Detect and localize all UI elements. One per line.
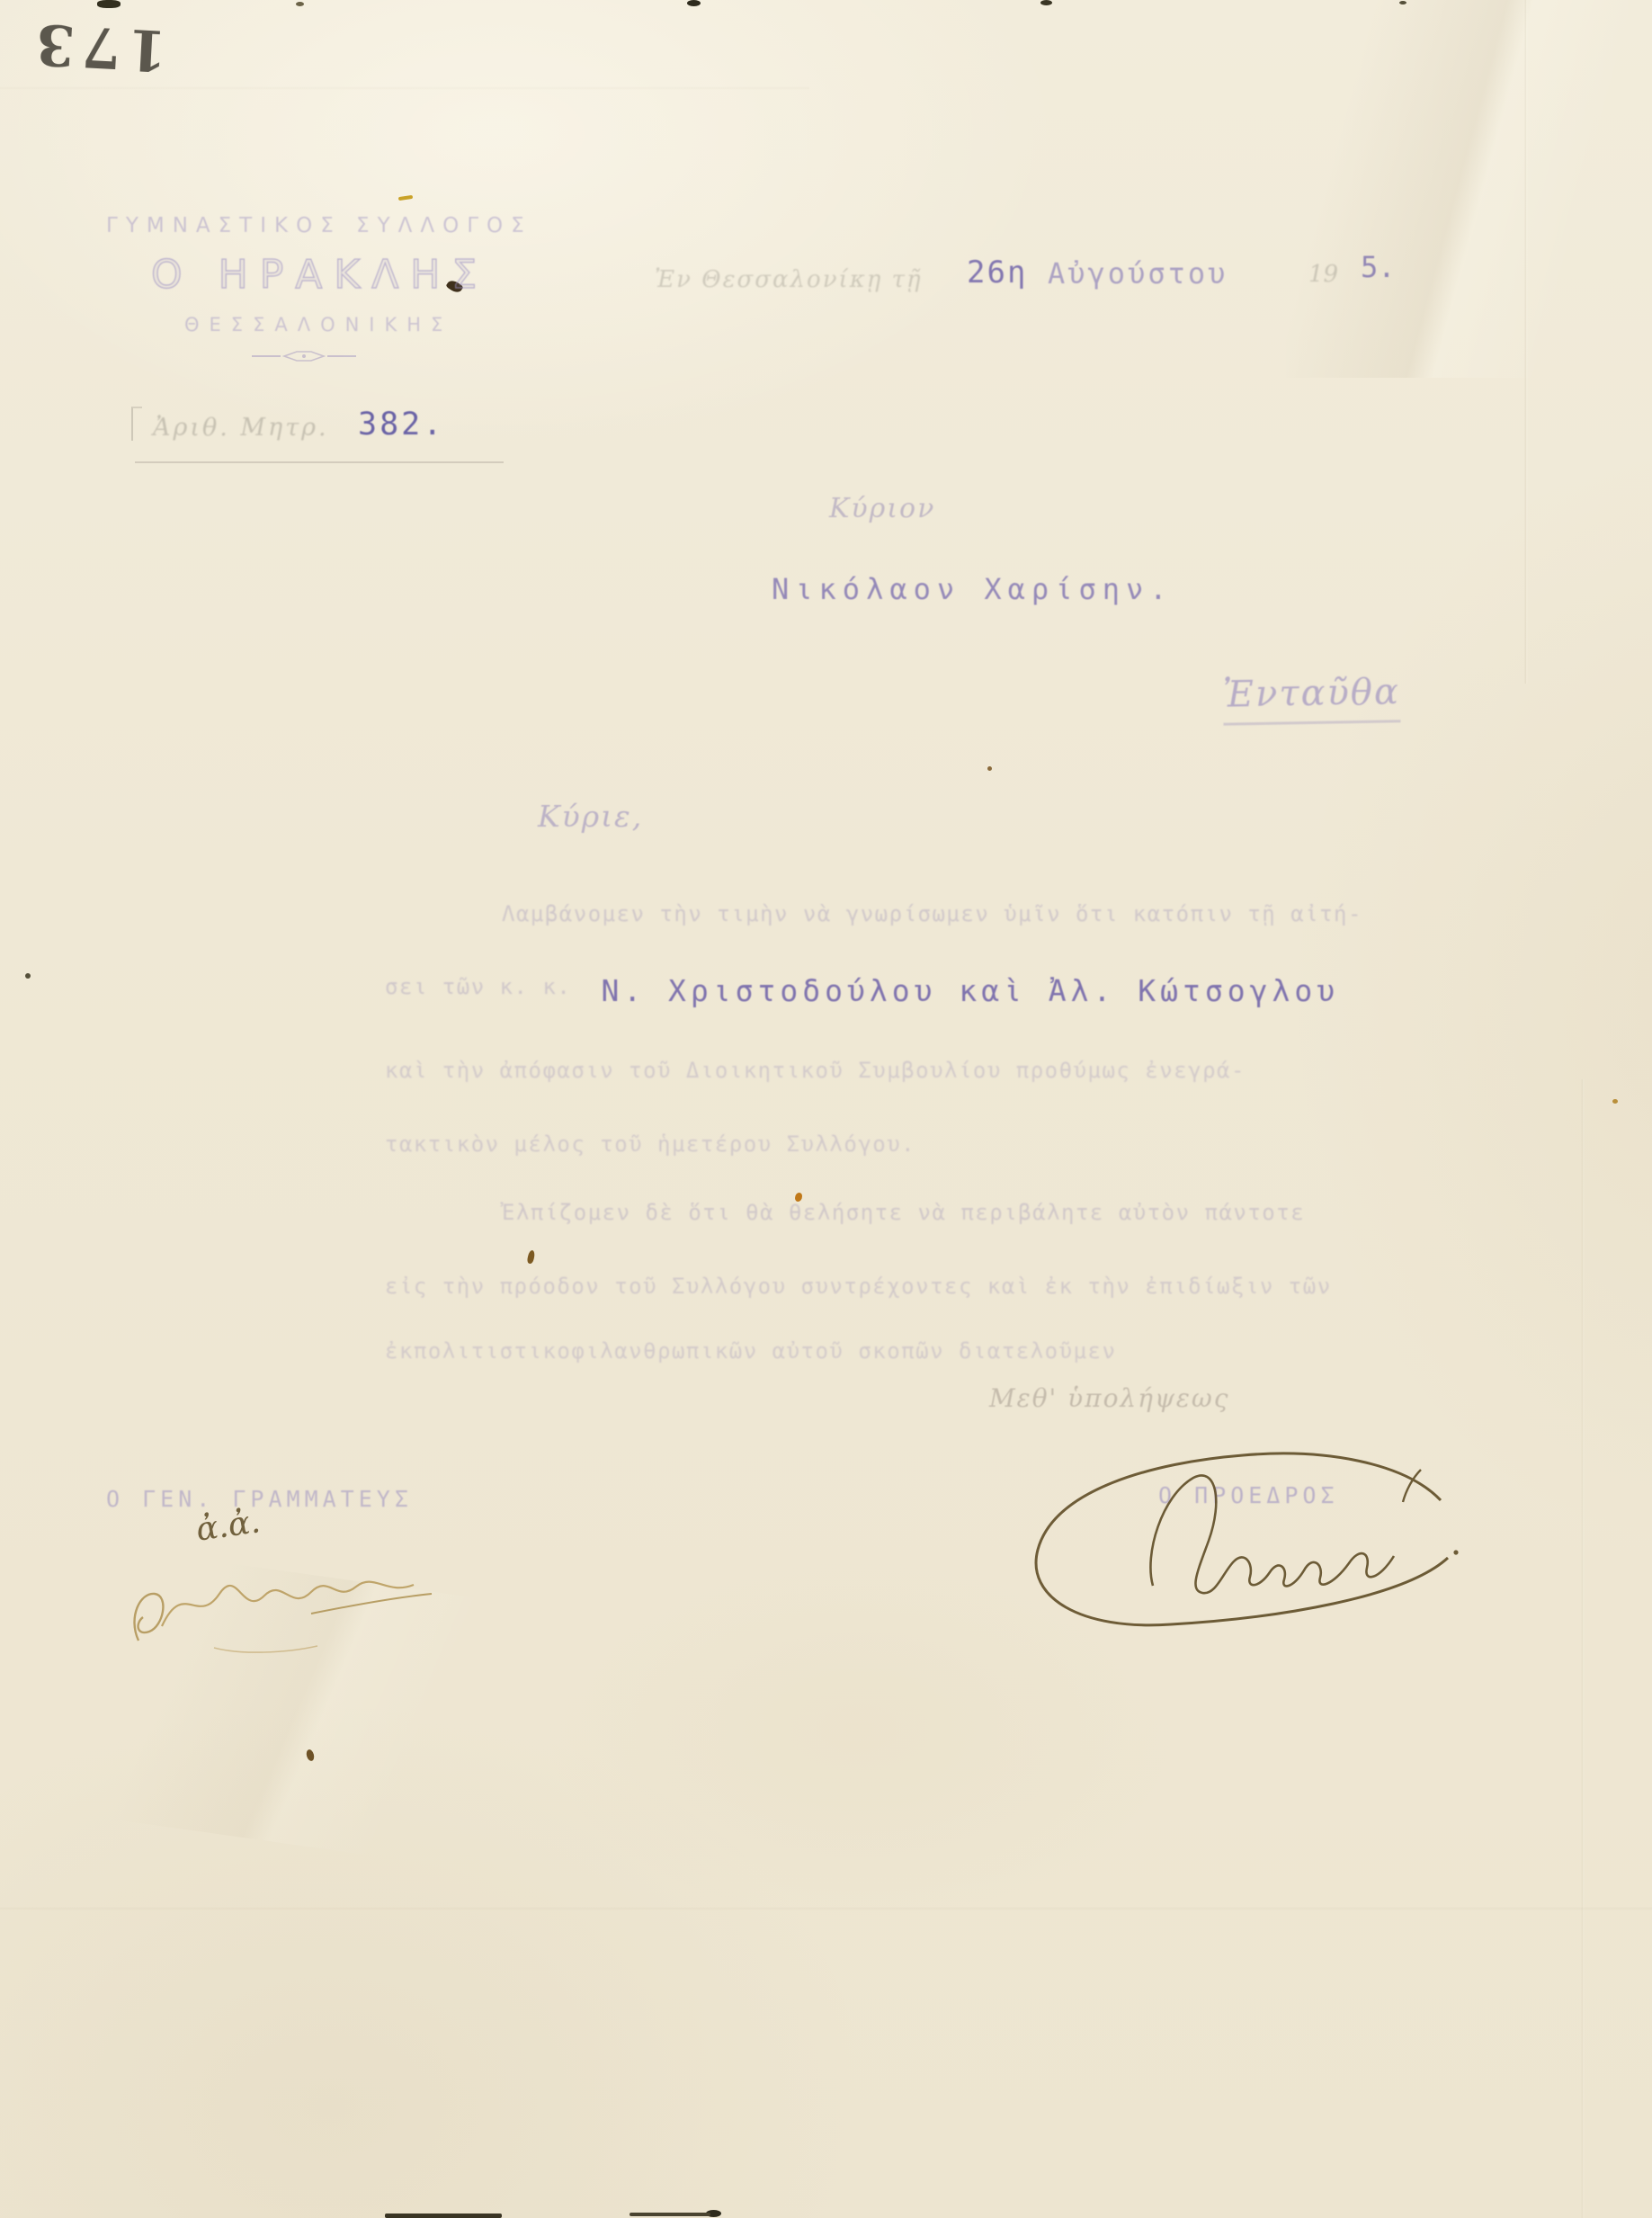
letterhead-club-type: ΓΥΜΝΑΣΤΙΚΟΣ ΣΥΛΛΟΓΟΣ xyxy=(106,214,532,237)
body-line-1: Λαμβάνομεν τὴν τιμὴν νὰ γνωρίσωμεν ὑμῖν … xyxy=(502,901,1362,926)
letter-scan: 173 ΓΥΜΝΑΣΤΙΚΟΣ ΣΥΛΛΟΓΟΣ Ο ΗΡΑΚΛΗΣ ΘΕΣΣΑ… xyxy=(0,0,1652,2218)
secretary-signature xyxy=(106,1540,448,1666)
ink-speck xyxy=(1399,1,1406,4)
ink-speck xyxy=(25,973,31,979)
recipient-title: Κύριον xyxy=(829,493,935,524)
protocol-number: 382. xyxy=(358,407,444,443)
dateline-place: Ἐν Θεσσαλονίκῃ τῇ xyxy=(655,266,923,293)
protocol-rule xyxy=(135,461,504,463)
paper-crease xyxy=(0,1907,1652,1910)
member-names: Ν. Χριστοδούλου καὶ Ἀλ. Κώτσογλου xyxy=(601,973,1339,1008)
recipient-name: Νικόλαον Χαρίσην. xyxy=(772,572,1174,606)
body-line-5: Ἐλπίζομεν δὲ ὅτι θὰ θελήσητε νὰ περιβάλη… xyxy=(502,1200,1305,1225)
ink-speck xyxy=(1612,1099,1618,1104)
dateline-month: Αὐγούστου xyxy=(1048,256,1228,291)
protocol-bracket xyxy=(131,407,142,441)
ink-speck xyxy=(687,0,701,6)
ink-speck xyxy=(385,2214,502,2218)
body-line-6: εἰς τὴν πρόοδον τοῦ Συλλόγου συντρέχοντε… xyxy=(385,1274,1332,1299)
ink-speck xyxy=(1040,0,1052,5)
body-line-2: σει τῶν κ. κ. Ν. Χριστοδούλου καὶ Ἀλ. Κώ… xyxy=(385,973,1339,1008)
letterhead-club-name: Ο ΗΡΑΚΛΗΣ xyxy=(151,252,488,298)
dateline-year-printed: 19 xyxy=(1308,261,1338,288)
paper-crease xyxy=(1286,0,1628,378)
ink-speck xyxy=(987,766,992,771)
letterhead-ornament-divider xyxy=(250,349,358,363)
dateline-year-typed: 5. xyxy=(1361,250,1396,284)
body-line-2-faint: σει τῶν κ. κ. xyxy=(385,974,571,999)
president-signature xyxy=(1018,1446,1468,1653)
ink-speck xyxy=(527,1249,536,1264)
recipient-location: Ἐνταῦθα xyxy=(1223,671,1401,725)
ink-speck xyxy=(398,195,413,201)
body-line-7: ἐκπολιτιστικοφιλανθρωπικῶν αὐτοῦ σκοπῶν … xyxy=(385,1338,1116,1364)
body-line-3: καὶ τὴν ἀπόφασιν τοῦ Διοικητικοῦ Συμβουλ… xyxy=(385,1058,1246,1083)
ink-speck xyxy=(97,0,121,8)
closing-salutation: Μεθ' ὑπολήψεως xyxy=(989,1383,1229,1413)
protocol-label: Ἀριθ. Μητρ. xyxy=(153,414,329,442)
dateline-day: 26η xyxy=(967,255,1027,291)
paper-crease xyxy=(0,86,809,90)
paper-crease xyxy=(1581,1079,1585,2218)
ink-speck xyxy=(630,2213,710,2216)
greeting: Κύριε, xyxy=(538,799,643,834)
ink-speck xyxy=(296,2,304,6)
body-line-4: τακτικὸν μέλος τοῦ ἡμετέρου Συλλόγου. xyxy=(385,1131,915,1157)
archival-number: 173 xyxy=(27,11,168,84)
letterhead-city: ΘΕΣΣΑΛΟΝΙΚΗΣ xyxy=(184,314,452,335)
secretary-title: Ο ΓΕΝ. ΓΡΑΜΜΑΤΕΥΣ xyxy=(106,1486,413,1512)
